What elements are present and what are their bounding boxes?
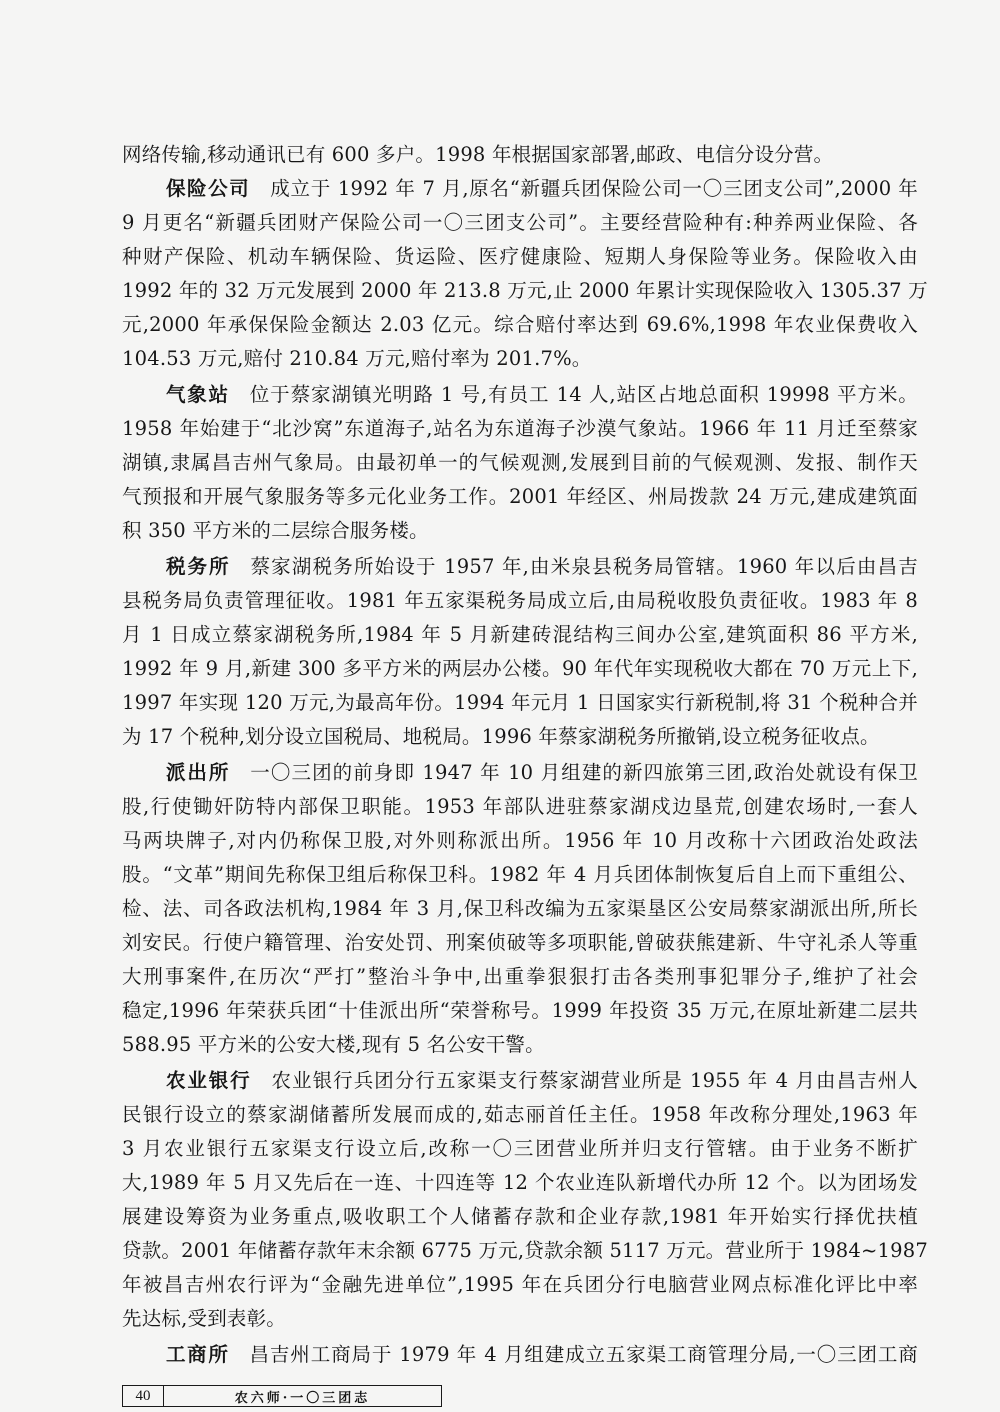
text-line: 气预报和开展气象服务等多元化业务工作。2001 年经区、州局拨款 24 万元,建… bbox=[122, 482, 918, 512]
text-line: 3 月农业银行五家渠支行设立后,改称一〇三团营业所并归支行管辖。由于业务不断扩 bbox=[122, 1134, 918, 1164]
paragraph-weather-station: 气象站位于蔡家湖镇光明路 1 号,有员工 14 人,站区占地总面积 19998 … bbox=[166, 380, 918, 410]
section-heading: 税务所 bbox=[166, 555, 230, 578]
text-line: 9 月更名“新疆兵团财产保险公司一〇三团支公司”。主要经营险种有:种养两业保险、… bbox=[122, 208, 918, 238]
page-number: 40 bbox=[123, 1386, 164, 1406]
text-line: 刘安民。行使户籍管理、治安处罚、刑案侦破等多项职能,曾破获熊建新、牛守礼杀人等重 bbox=[122, 928, 918, 958]
section-heading: 派出所 bbox=[166, 761, 230, 784]
text-line: 588.95 平方米的公安大楼,现有 5 名公安干警。 bbox=[122, 1030, 918, 1060]
text-line: 马两块牌子,对内仍称保卫股,对外则称派出所。1956 年 10 月改称十六团政治… bbox=[122, 826, 918, 856]
paragraph-agricultural-bank: 农业银行农业银行兵团分行五家渠支行蔡家湖营业所是 1955 年 4 月由昌吉州人 bbox=[166, 1066, 918, 1096]
text-line: 大,1989 年 5 月又先后在一连、十四连等 12 个农业连队新增代办所 12… bbox=[122, 1168, 918, 1198]
text-line: 股,行使锄奸防特内部保卫职能。1953 年部队进驻蔡家湖戍边垦荒,创建农场时,一… bbox=[122, 792, 918, 822]
text-line: 蔡家湖税务所始设于 1957 年,由米泉县税务局管辖。1960 年以后由昌吉 bbox=[250, 555, 918, 578]
text-line: 元,2000 年承保保险金额达 2.03 亿元。综合赔付率达到 69.6%,19… bbox=[122, 310, 918, 340]
text-line: 展建设筹资为业务重点,吸收职工个人储蓄存款和企业存款,1981 年开始实行择优扶… bbox=[122, 1202, 918, 1232]
paragraph-business-admin: 工商所昌吉州工商局于 1979 年 4 月组建成立五家渠工商管理分局,一〇三团工… bbox=[166, 1340, 918, 1370]
text-line: 1992 年的 32 万元发展到 2000 年 213.8 万元,止 2000 … bbox=[122, 276, 918, 306]
text-line: 1997 年实现 120 万元,为最高年份。1994 年元月 1 日国家实行新税… bbox=[122, 688, 918, 718]
page-footer: 40 农六师·一〇三团志 bbox=[122, 1385, 442, 1407]
text-line: 为 17 个税种,划分设立国税局、地税局。1996 年蔡家湖税务所撤销,设立税务… bbox=[122, 722, 918, 752]
paragraph-insurance-company: 保险公司成立于 1992 年 7 月,原名“新疆兵团保险公司一〇三团支公司”,2… bbox=[166, 174, 918, 204]
text-line: 稳定,1996 年荣获兵团“十佳派出所“荣誉称号。1999 年投资 35 万元,… bbox=[122, 996, 918, 1026]
text-line: 先达标,受到表彰。 bbox=[122, 1304, 918, 1334]
text-line: 成立于 1992 年 7 月,原名“新疆兵团保险公司一〇三团支公司”,2000 … bbox=[270, 177, 918, 200]
section-heading: 工商所 bbox=[166, 1343, 230, 1366]
section-heading: 气象站 bbox=[166, 383, 230, 406]
text-line: 1958 年始建于“北沙窝”东道海子,站名为东道海子沙漠气象站。1966 年 1… bbox=[122, 414, 918, 444]
text-line: 网络传输,移动通讯已有 600 多户。1998 年根据国家部署,邮政、电信分设分… bbox=[122, 140, 918, 170]
document-page: 网络传输,移动通讯已有 600 多户。1998 年根据国家部署,邮政、电信分设分… bbox=[0, 0, 1000, 1412]
paragraph-tax-office: 税务所蔡家湖税务所始设于 1957 年,由米泉县税务局管辖。1960 年以后由昌… bbox=[166, 552, 918, 582]
section-heading: 保险公司 bbox=[166, 177, 250, 200]
text-line: 贷款。2001 年储蓄存款年末余额 6775 万元,贷款余额 5117 万元。营… bbox=[122, 1236, 918, 1266]
text-line: 年被昌吉州农行评为“金融先进单位”,1995 年在兵团分行电脑营业网点标准化评比… bbox=[122, 1270, 918, 1300]
text-line: 农业银行兵团分行五家渠支行蔡家湖营业所是 1955 年 4 月由昌吉州人 bbox=[271, 1069, 918, 1092]
text-line: 股。“文革”期间先称保卫组后称保卫科。1982 年 4 月兵团体制恢复后自上而下… bbox=[122, 860, 918, 890]
text-line: 位于蔡家湖镇光明路 1 号,有员工 14 人,站区占地总面积 19998 平方米… bbox=[250, 383, 918, 406]
book-title: 农六师·一〇三团志 bbox=[164, 1387, 441, 1406]
text-line: 县税务局负责管理征收。1981 年五家渠税务局成立后,由局税收股负责征收。198… bbox=[122, 586, 918, 616]
text-line: 检、法、司各政法机构,1984 年 3 月,保卫科改编为五家渠垦区公安局蔡家湖派… bbox=[122, 894, 918, 924]
text-line: 104.53 万元,赔付 210.84 万元,赔付率为 201.7%。 bbox=[122, 344, 918, 374]
text-line: 湖镇,隶属昌吉州气象局。由最初单一的气候观测,发展到目前的气候观测、发报、制作天 bbox=[122, 448, 918, 478]
text-line: 月 1 日成立蔡家湖税务所,1984 年 5 月新建砖混结构三间办公室,建筑面积… bbox=[122, 620, 918, 650]
text-line: 积 350 平方米的二层综合服务楼。 bbox=[122, 516, 918, 546]
text-line: 种财产保险、机动车辆保险、货运险、医疗健康险、短期人身保险等业务。保险收入由 bbox=[122, 242, 918, 272]
text-line: 大刑事案件,在历次“严打”整治斗争中,出重拳狠狠打击各类刑事犯罪分子,维护了社会 bbox=[122, 962, 918, 992]
text-line: 民银行设立的蔡家湖储蓄所发展而成的,茹志丽首任主任。1958 年改称分理处,19… bbox=[122, 1100, 918, 1130]
section-heading: 农业银行 bbox=[166, 1069, 251, 1092]
paragraph-police-station: 派出所一〇三团的前身即 1947 年 10 月组建的新四旅第三团,政治处就设有保… bbox=[166, 758, 918, 788]
text-line: 1992 年 9 月,新建 300 多平方米的两层办公楼。90 年代年实现税收大… bbox=[122, 654, 918, 684]
text-line: 昌吉州工商局于 1979 年 4 月组建成立五家渠工商管理分局,一〇三团工商 bbox=[250, 1343, 918, 1366]
text-line: 一〇三团的前身即 1947 年 10 月组建的新四旅第三团,政治处就设有保卫 bbox=[250, 761, 918, 784]
